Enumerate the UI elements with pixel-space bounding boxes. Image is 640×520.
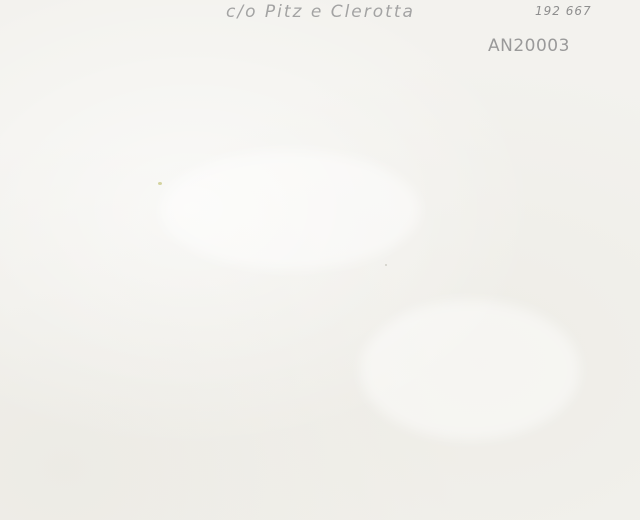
handwritten-code: AN20003 <box>488 36 570 56</box>
paper-speck <box>158 182 162 185</box>
handwritten-note: c/o Pitz e Clerotta <box>226 2 415 22</box>
paper-crease <box>160 150 420 270</box>
paper-crease <box>360 300 580 440</box>
handwritten-number: 192 667 <box>535 4 592 18</box>
paper-speck <box>385 264 387 266</box>
